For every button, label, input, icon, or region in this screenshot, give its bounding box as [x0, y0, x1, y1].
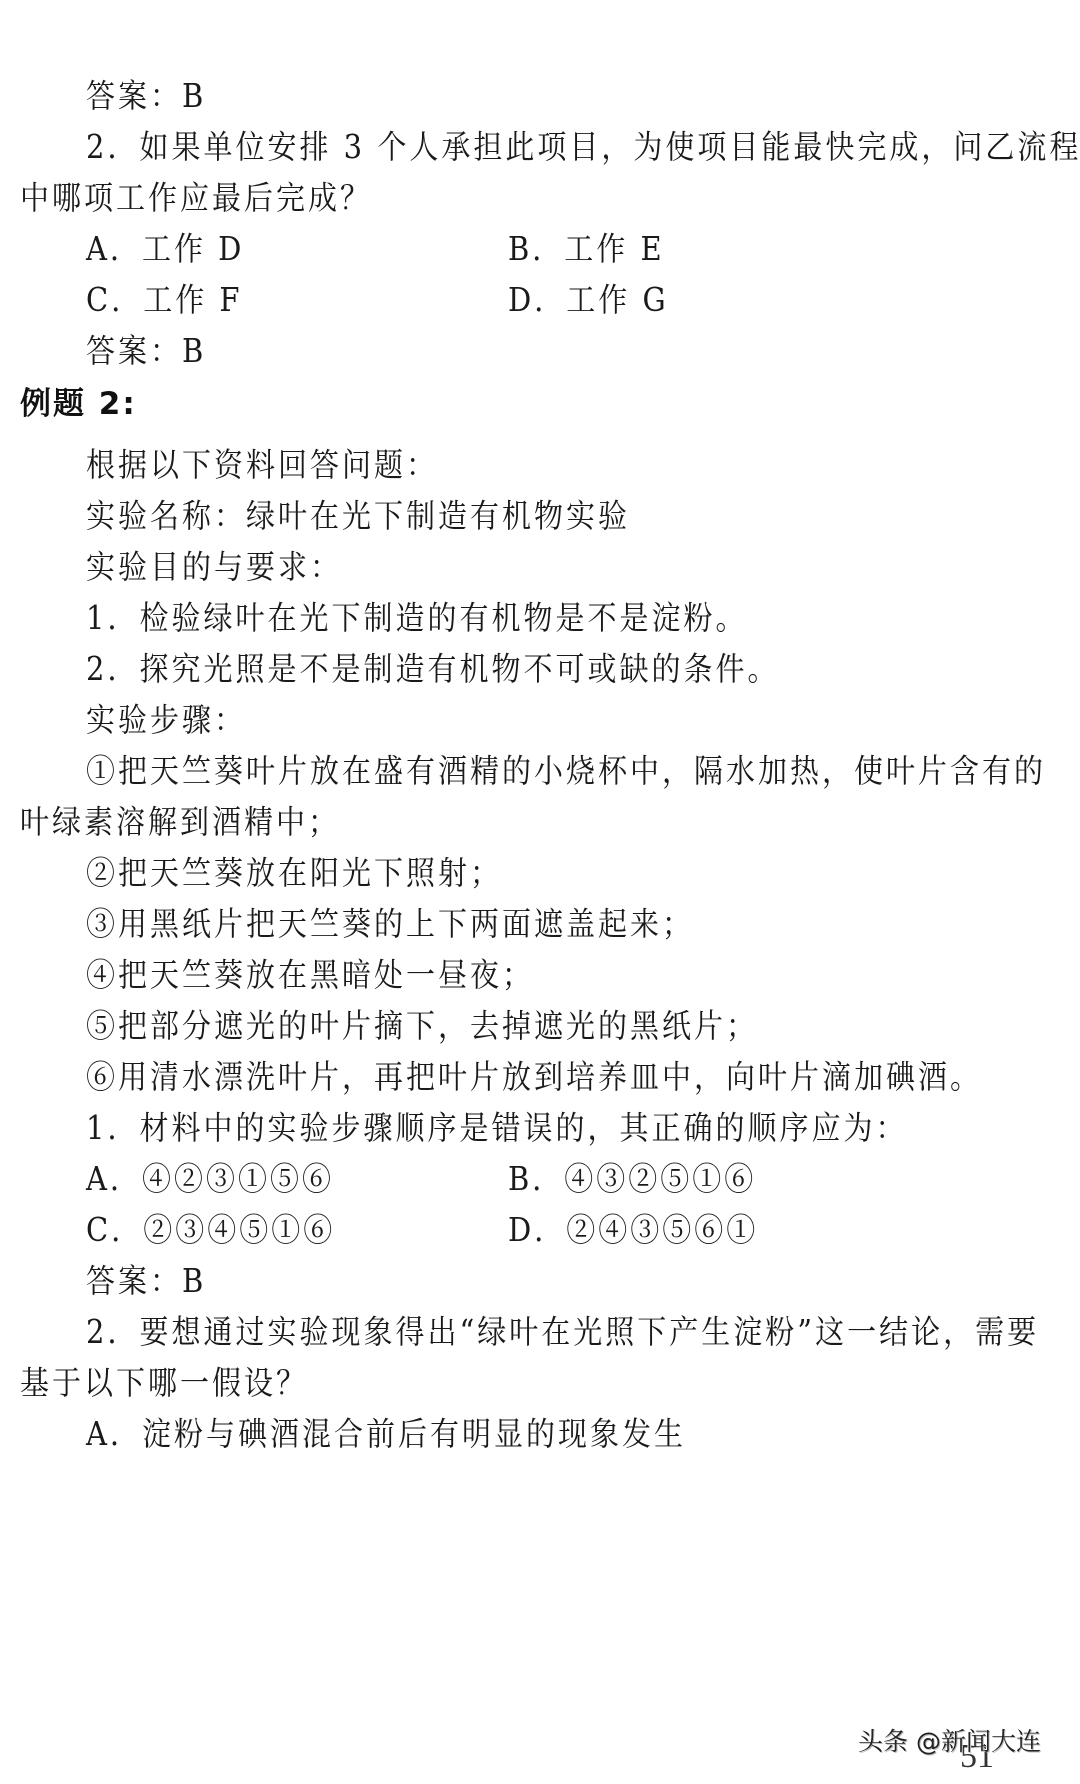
option-c: C．②③④⑤①⑥ [86, 1208, 335, 1253]
option-b: B．④③②⑤①⑥ [508, 1157, 756, 1202]
option-a: A．工作 D [86, 227, 244, 272]
purpose-item: 2．探究光照是不是制造有机物不可或缺的条件。 [86, 647, 779, 692]
option-a: A．淀粉与碘酒混合前后有明显的现象发生 [86, 1412, 686, 1457]
question-text: 1．材料中的实验步骤顺序是错误的，其正确的顺序应为： [86, 1106, 907, 1151]
question-text: 2．要想通过实验现象得出“绿叶在光照下产生淀粉”这一结论，需要 [86, 1310, 1039, 1355]
intro-text: 根据以下资料回答问题： [86, 443, 438, 488]
document-page: 答案：B 2．如果单位安排 3 个人承担此项目，为使项目能最快完成，问乙流程 中… [0, 0, 1080, 1784]
step-item: ③用黑纸片把天竺葵的上下两面遮盖起来； [86, 902, 694, 947]
answer-text: 答案：B [86, 329, 206, 374]
step-item-continued: 叶绿素溶解到酒精中； [20, 800, 340, 845]
option-c: C．工作 F [86, 278, 243, 323]
question-text-continued: 中哪项工作应最后完成？ [20, 176, 372, 221]
example-heading: 例题 2: [20, 384, 137, 424]
option-d: D．②④③⑤⑥① [508, 1208, 758, 1253]
step-item: ②把天竺葵放在阳光下照射； [86, 851, 502, 896]
steps-title: 实验步骤： [86, 698, 246, 743]
step-item: ⑤把部分遮光的叶片摘下，去掉遮光的黑纸片； [86, 1004, 758, 1049]
step-item: ⑥用清水漂洗叶片，再把叶片放到培养皿中，向叶片滴加碘酒。 [86, 1055, 982, 1100]
answer-text: 答案：B [86, 1259, 206, 1304]
answer-text: 答案：B [86, 74, 206, 119]
question-text-continued: 基于以下哪一假设？ [20, 1361, 308, 1406]
purpose-title: 实验目的与要求： [86, 545, 342, 590]
experiment-name: 实验名称：绿叶在光下制造有机物实验 [86, 494, 630, 539]
step-item: ①把天竺葵叶片放在盛有酒精的小烧杯中，隔水加热，使叶片含有的 [86, 749, 1046, 794]
option-b: B．工作 E [508, 227, 665, 272]
step-item: ④把天竺葵放在黑暗处一昼夜； [86, 953, 534, 998]
option-a: A．④②③①⑤⑥ [86, 1157, 334, 1202]
option-d: D．工作 G [508, 278, 669, 323]
purpose-item: 1．检验绿叶在光下制造的有机物是不是淀粉。 [86, 596, 747, 641]
watermark: 头条 @新闻大连 [858, 1722, 1041, 1758]
question-text: 2．如果单位安排 3 个人承担此项目，为使项目能最快完成，问乙流程 [86, 125, 1080, 170]
